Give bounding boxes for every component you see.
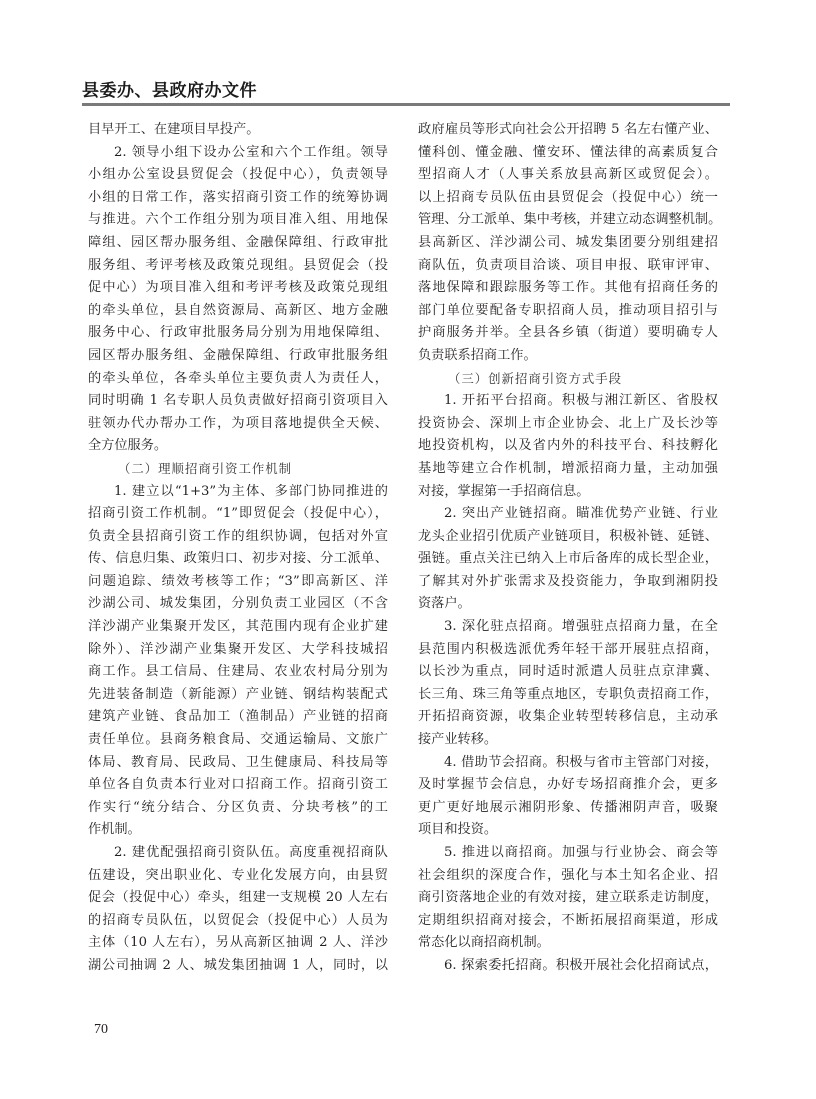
text-line: 除外）、洋沙湖产业集聚开发区、大学科技城招	[88, 639, 388, 662]
text-line: 6. 探索委托招商。积极开展社会化招商试点，	[418, 955, 718, 978]
text-line: 5. 推进以商招商。加强与行业协会、商会等	[418, 842, 718, 865]
text-line: 项目和投资。	[418, 819, 718, 842]
section-heading: （二）理顺招商引资工作机制	[88, 458, 388, 481]
text-line: 服务组、考评考核及政策兑现组。县贸促会（投	[88, 255, 388, 278]
right-text-column: 政府雇员等形式向社会公开招聘 5 名左右懂产业、懂科创、懂金融、懂安环、懂法律的…	[418, 119, 718, 978]
text-line: 资落户。	[418, 593, 718, 616]
text-line: 1. 开拓平台招商。积极与湘江新区、省股权	[418, 390, 718, 413]
text-line: 园区帮办服务组、金融保障组、行政审批服务组	[88, 345, 388, 368]
text-line: 定期组织招商对接会，不断拓展招商渠道，形成	[418, 910, 718, 933]
text-line: 体局、教育局、民政局、卫生健康局、科技局等	[88, 752, 388, 775]
text-line: 与推进。六个工作组分别为项目准入组、用地保	[88, 209, 388, 232]
text-line: 招商引资工作机制。“1”即贸促会（投促中心），	[88, 503, 388, 526]
text-line: 以长沙为重点，同时适时派遣人员驻点京津冀、	[418, 661, 718, 684]
text-line: 的牵头单位，县自然资源局、高新区、地方金融	[88, 300, 388, 323]
text-line: 及时掌握节会信息，办好专场招商推介会，更多	[418, 774, 718, 797]
text-line: 长三角、珠三角等重点地区，专职负责招商工作，	[418, 684, 718, 707]
text-line: 责任单位。县商务粮食局、交通运输局、文旅广	[88, 729, 388, 752]
text-line: 促会（投促中心）牵头，组建一支规模 20 人左右	[88, 887, 388, 910]
text-line: 单位各自负责本行业对口招商工作。招商引资工	[88, 774, 388, 797]
text-line: 伍建设，突出职业化、专业化发展方向，由县贸	[88, 865, 388, 888]
text-line: 小组办公室设县贸促会（投促中心），负责领导	[88, 164, 388, 187]
text-line: 开拓招商资源，收集企业转型转移信息，主动承	[418, 706, 718, 729]
text-line: 落地保障和跟踪服务等工作。其他有招商任务的	[418, 277, 718, 300]
text-line: 负责全县招商引资工作的组织协调，包括对外宣	[88, 526, 388, 549]
text-line: 龙头企业招引优质产业链项目，积极补链、延链、	[418, 526, 718, 549]
text-line: 传、信息归集、政策归口、初步对接、分工派单、	[88, 548, 388, 571]
text-line: 的牵头单位，各牵头单位主要负责人为责任人，	[88, 368, 388, 391]
text-line: 懂科创、懂金融、懂安环、懂法律的高素质复合	[418, 142, 718, 165]
text-line: 主体（10 人左右），另从高新区抽调 2 人、洋沙	[88, 932, 388, 955]
text-line: 基地等建立合作机制，增派招商力量，主动加强	[418, 458, 718, 481]
text-line: 先进装备制造（新能源）产业链、钢结构装配式	[88, 684, 388, 707]
text-line: 政府雇员等形式向社会公开招聘 5 名左右懂产业、	[418, 119, 718, 142]
running-header-title: 县委办、县政府办文件	[82, 76, 257, 101]
text-line: 了解其对外扩张需求及投资能力，争取到湘阴投	[418, 571, 718, 594]
text-line: 服务中心、行政审批服务局分别为用地保障组、	[88, 322, 388, 345]
text-line: 2. 建优配强招商引资队伍。高度重视招商队	[88, 842, 388, 865]
text-line: 部门单位要配备专职招商人员，推动项目招引与	[418, 300, 718, 323]
text-line: 1. 建立以“1+3”为主体、多部门协同推进的	[88, 481, 388, 504]
text-line: 目早开工、在建项目早投产。	[88, 119, 388, 142]
text-line: 商队伍，负责项目洽谈、项目申报、联审评审、	[418, 255, 718, 278]
page-number: 70	[94, 1022, 108, 1038]
text-line: 驻领办代办帮办工作，为项目落地提供全天候、	[88, 413, 388, 436]
text-line: 3. 深化驻点招商。增强驻点招商力量，在全	[418, 616, 718, 639]
text-line: 促中心）为项目准入组和考评考核及政策兑现组	[88, 277, 388, 300]
text-line: 4. 借助节会招商。积极与省市主管部门对接，	[418, 752, 718, 775]
text-line: 以上招商专员队伍由县贸促会（投促中心）统一	[418, 187, 718, 210]
text-line: 商工作。县工信局、住建局、农业农村局分别为	[88, 661, 388, 684]
text-line: 沙湖公司、城发集团，分别负责工业园区（不含	[88, 593, 388, 616]
text-line: 投资协会、深圳上市企业协会、北上广及长沙等	[418, 413, 718, 436]
text-line: 强链。重点关注已纳入上市后备库的成长型企业，	[418, 548, 718, 571]
text-line: 问题追踪、绩效考核等工作；“3”即高新区、洋	[88, 571, 388, 594]
text-line: 常态化以商招商机制。	[418, 932, 718, 955]
text-line: 地投资机构，以及省内外的科技平台、科技孵化	[418, 435, 718, 458]
text-line: 2. 突出产业链招商。瞄准优势产业链、行业	[418, 503, 718, 526]
text-line: 建筑产业链、食品加工（渔制品）产业链的招商	[88, 706, 388, 729]
text-line: 全方位服务。	[88, 435, 388, 458]
text-line: 县范围内积极选派优秀年轻干部开展驻点招商，	[418, 639, 718, 662]
text-line: 社会组织的深度合作，强化与本土知名企业、招	[418, 865, 718, 888]
text-line: 型招商人才（人事关系放县高新区或贸促会）。	[418, 164, 718, 187]
text-line: 作机制。	[88, 819, 388, 842]
text-line: 小组的日常工作，落实招商引资工作的统筹协调	[88, 187, 388, 210]
text-line: 的招商专员队伍，以贸促会（投促中心）人员为	[88, 910, 388, 933]
text-line: 县高新区、洋沙湖公司、城发集团要分别组建招	[418, 232, 718, 255]
text-line: 2. 领导小组下设办公室和六个工作组。领导	[88, 142, 388, 165]
text-line: 更广更好地展示湘阴形象、传播湘阴声音，吸聚	[418, 797, 718, 820]
header-divider	[82, 103, 730, 106]
text-line: 护商服务并举。全县各乡镇（街道）要明确专人	[418, 322, 718, 345]
section-heading: （三）创新招商引资方式手段	[418, 368, 718, 391]
text-line: 障组、园区帮办服务组、金融保障组、行政审批	[88, 232, 388, 255]
text-line: 对接，掌握第一手招商信息。	[418, 481, 718, 504]
text-line: 同时明确 1 名专职人员负责做好招商引资项目入	[88, 390, 388, 413]
text-line: 商引资落地企业的有效对接，建立联系走访制度，	[418, 887, 718, 910]
text-line: 洋沙湖产业集聚开发区，其范围内现有企业扩建	[88, 616, 388, 639]
text-line: 接产业转移。	[418, 729, 718, 752]
text-line: 管理、分工派单、集中考核，并建立动态调整机制。	[418, 209, 718, 232]
text-line: 负责联系招商工作。	[418, 345, 718, 368]
text-line: 作实行“统分结合、分区负责、分块考核”的工	[88, 797, 388, 820]
text-line: 湖公司抽调 2 人、城发集团抽调 1 人，同时，以	[88, 955, 388, 978]
left-text-column: 目早开工、在建项目早投产。2. 领导小组下设办公室和六个工作组。领导小组办公室设…	[88, 119, 388, 978]
